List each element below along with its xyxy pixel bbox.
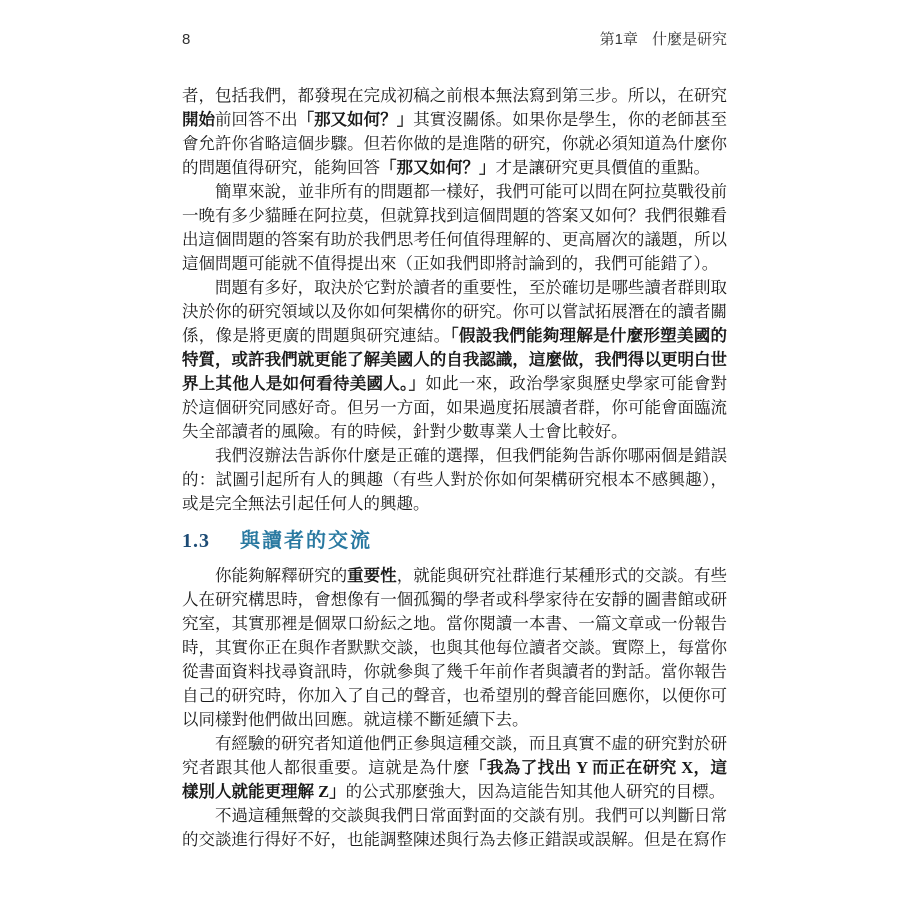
body-text: 的公式那麼強大，因為這能告知其他人研究的目標。: [346, 782, 726, 801]
body-text: 你能夠解釋研究的: [215, 566, 347, 585]
body-text: 我們沒辦法告訴你什麼是正確的選擇，但我們能夠告訴你哪兩個是錯誤的：試圖引起所有人…: [182, 446, 727, 513]
chapter-label: 第1章: [600, 28, 638, 49]
running-head: 第1章 什麼是研究: [600, 28, 727, 49]
emphasis-text: 重要性: [347, 566, 397, 585]
body-text: 不過這種無聲的交談與我們日常面對面的交談有別。我們可以判斷日常的交談進行得好不好…: [182, 806, 727, 849]
paragraph: 簡單來說，並非所有的問題都一樣好，我們可能可以問在阿拉莫戰役前一晚有多少貓睡在阿…: [182, 180, 727, 276]
emphasis-text: 開始: [182, 110, 215, 129]
paragraph: 不過這種無聲的交談與我們日常面對面的交談有別。我們可以判斷日常的交談進行得好不好…: [182, 804, 727, 852]
page-header: 8 第1章 什麼是研究: [182, 28, 727, 48]
section-heading: 1.3與讀者的交流: [182, 528, 727, 554]
emphasis-text: 「那又如何？」: [380, 158, 496, 177]
paragraph: 問題有多好，取決於它對於讀者的重要性，至於確切是哪些讀者群則取決於你的研究領域以…: [182, 276, 727, 444]
paragraph: 我們沒辦法告訴你什麼是正確的選擇，但我們能夠告訴你哪兩個是錯誤的：試圖引起所有人…: [182, 444, 727, 516]
book-page: 8 第1章 什麼是研究 者，包括我們，都發現在完成初稿之前根本無法寫到第三步。所…: [0, 0, 900, 900]
body-text: ，就能與研究社群進行某種形式的交談。有些人在研究構思時，會想像有一個孤獨的學者或…: [182, 566, 727, 729]
body-text: 簡單來說，並非所有的問題都一樣好，我們可能可以問在阿拉莫戰役前一晚有多少貓睡在阿…: [182, 182, 727, 273]
page-body: 者，包括我們，都發現在完成初稿之前根本無法寫到第三步。所以，在研究開始前回答不出…: [182, 84, 727, 852]
body-text: 才是讓研究更具價值的重點。: [496, 158, 711, 177]
chapter-title: 什麼是研究: [652, 28, 727, 49]
body-text: 前回答不出: [215, 110, 298, 129]
section-number: 1.3: [182, 528, 210, 554]
paragraph: 你能夠解釋研究的重要性，就能與研究社群進行某種形式的交談。有些人在研究構思時，會…: [182, 564, 727, 732]
section-title: 與讀者的交流: [240, 528, 372, 554]
body-text: 者，包括我們，都發現在完成初稿之前根本無法寫到第三步。所以，在研究: [182, 86, 727, 105]
page-number: 8: [182, 31, 190, 48]
emphasis-text: 「那又如何？」: [298, 110, 414, 129]
paragraph: 者，包括我們，都發現在完成初稿之前根本無法寫到第三步。所以，在研究開始前回答不出…: [182, 84, 727, 180]
paragraph: 有經驗的研究者知道他們正參與這種交談，而且真實不虛的研究對於研究者跟其他人都很重…: [182, 732, 727, 804]
